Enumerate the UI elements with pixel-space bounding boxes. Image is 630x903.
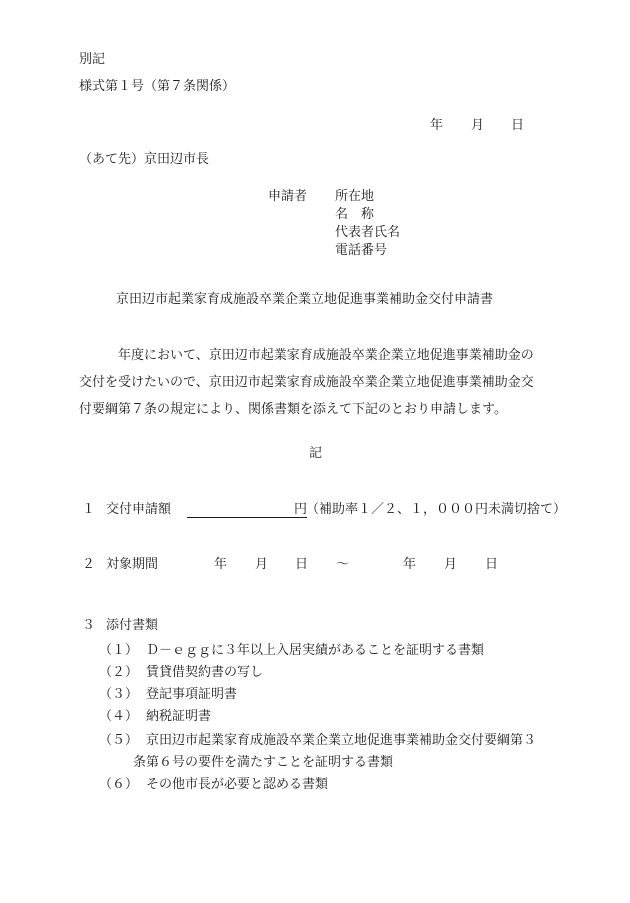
item3-label: 添付書類 bbox=[106, 618, 158, 634]
body-line-2: 交付を受けたいので、京田辺市起業家育成施設卒業企業立地促進事業補助金交 bbox=[79, 375, 534, 391]
date-day: 日 bbox=[511, 118, 524, 134]
period-start-year: 年 bbox=[214, 557, 227, 573]
applicant-representative-field: 代表者氏名 bbox=[335, 225, 400, 241]
body-line-3: 付要綱第７条の規定により、関係書類を添えて下記のとおり申請します。 bbox=[79, 402, 507, 418]
attachment-3-number: （３） bbox=[99, 687, 138, 703]
attachment-6-text: その他市長が必要と認める書類 bbox=[146, 777, 328, 793]
addressee: （あて先）京田辺市長 bbox=[79, 152, 209, 168]
form-number: 様式第１号（第７条関係） bbox=[79, 79, 235, 95]
attachment-5-text: 京田辺市起業家育成施設卒業企業立地促進事業補助金交付要綱第３ bbox=[146, 733, 536, 749]
ki-heading: 記 bbox=[309, 446, 322, 462]
attachment-2-text: 賃貸借契約書の写し bbox=[146, 665, 263, 681]
period-end-day: 日 bbox=[485, 557, 498, 573]
item1-note: （補助率１／２、１，０００円未満切捨て） bbox=[306, 502, 566, 518]
attachment-5-continuation: 条第６号の要件を満たすことを証明する書類 bbox=[133, 755, 393, 771]
item3-number: ３ bbox=[82, 618, 95, 634]
attachment-1-number: （１） bbox=[99, 643, 138, 659]
applicant-address-field: 所在地 bbox=[335, 189, 374, 205]
attachment-1-text: Ｄ－ｅｇｇに３年以上入居実績があることを証明する書類 bbox=[146, 643, 484, 659]
item2-label: 対象期間 bbox=[106, 557, 158, 573]
attachment-3-text: 登記事項証明書 bbox=[146, 687, 237, 703]
item1-label: 交付申請額 bbox=[106, 502, 171, 518]
period-end-year: 年 bbox=[403, 557, 416, 573]
attachment-6-number: （６） bbox=[99, 777, 138, 793]
item2-number: ２ bbox=[82, 557, 95, 573]
attachment-4-text: 納税証明書 bbox=[146, 709, 211, 725]
document-title: 京田辺市起業家育成施設卒業企業立地促進事業補助金交付申請書 bbox=[116, 292, 493, 308]
amount-blank-line bbox=[187, 502, 307, 518]
attachment-4-number: （４） bbox=[99, 709, 138, 725]
period-start-month: 月 bbox=[255, 557, 268, 573]
applicant-label: 申請者 bbox=[268, 189, 307, 205]
date-year: 年 bbox=[430, 118, 443, 134]
appendix-label: 別記 bbox=[79, 52, 105, 68]
body-line-1: 年度において、京田辺市起業家育成施設卒業企業立地促進事業補助金の bbox=[118, 348, 534, 364]
applicant-name-field: 名 称 bbox=[335, 207, 374, 223]
period-tilde: ～ bbox=[336, 557, 349, 573]
attachment-2-number: （２） bbox=[99, 665, 138, 681]
applicant-phone-field: 電話番号 bbox=[335, 243, 387, 259]
attachment-5-number: （５） bbox=[99, 733, 138, 749]
date-month: 月 bbox=[471, 118, 484, 134]
item1-number: １ bbox=[82, 502, 95, 518]
period-start-day: 日 bbox=[295, 557, 308, 573]
period-end-month: 月 bbox=[444, 557, 457, 573]
